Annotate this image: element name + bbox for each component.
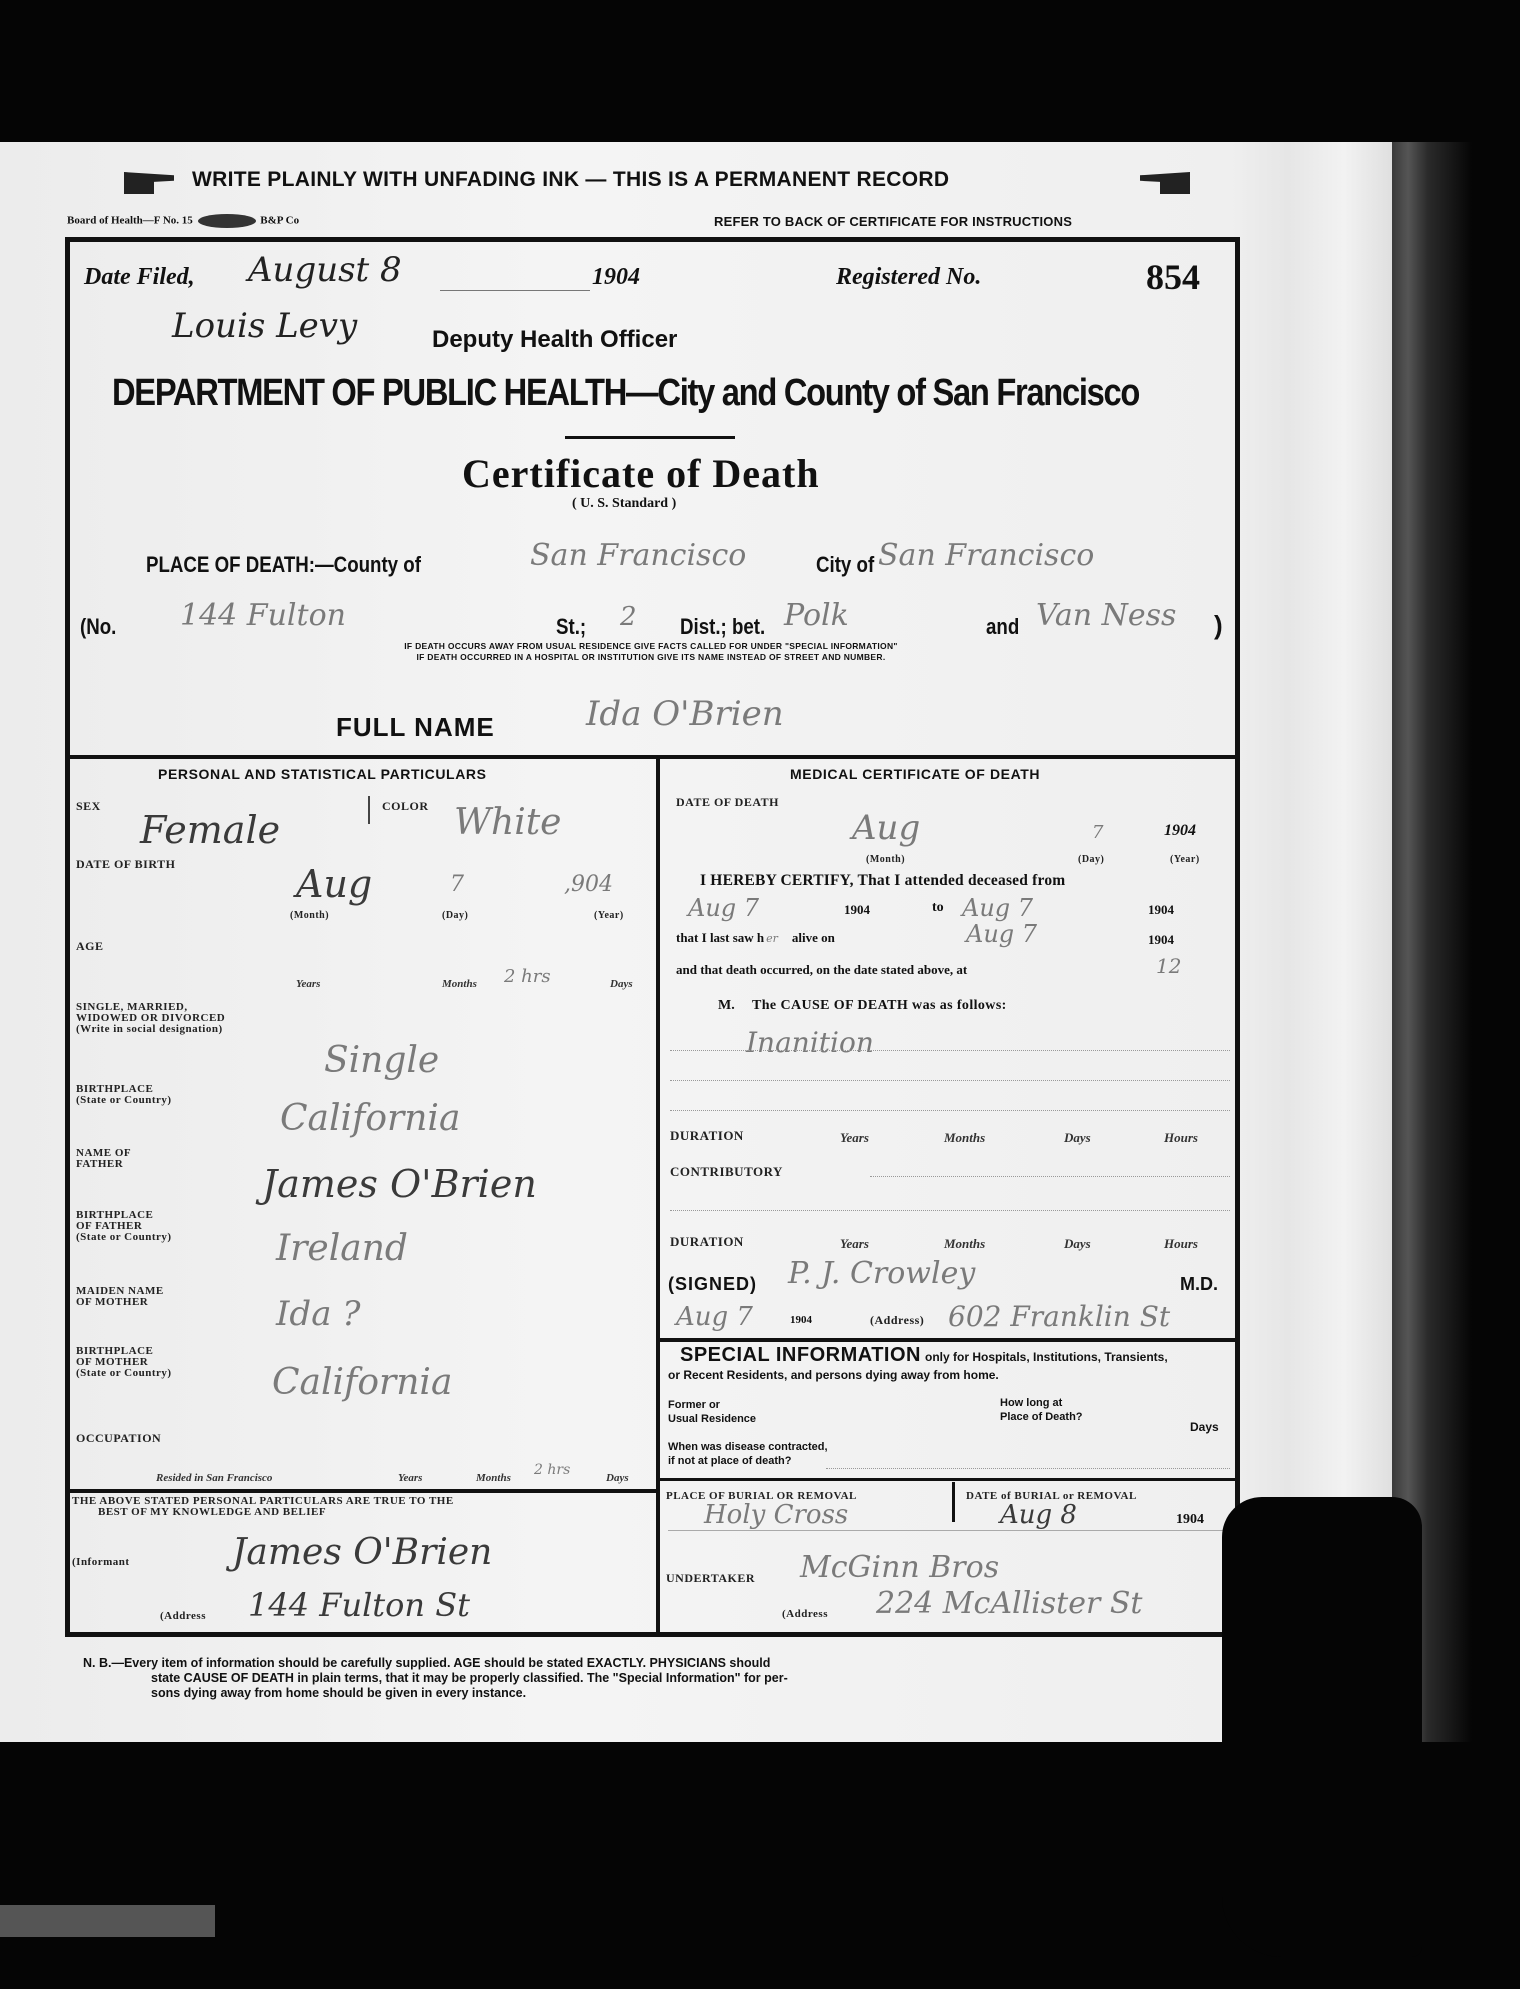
department-title: DEPARTMENT OF PUBLIC HEALTH—City and Cou… xyxy=(112,372,1139,415)
county-value: San Francisco xyxy=(530,538,746,573)
burial-place-value: Holy Cross xyxy=(704,1500,848,1530)
disease-contracted-label-1: When was disease contracted, xyxy=(668,1440,828,1454)
marital-label-3: (Write in social designation) xyxy=(76,1024,225,1035)
street-no-label: (No. xyxy=(80,614,116,640)
cause-time-suffix: M. xyxy=(718,998,735,1014)
undertaker-address-label: (Address xyxy=(782,1608,828,1620)
duration-years-2: Years xyxy=(840,1236,869,1252)
last-saw-year: 1904 xyxy=(1148,932,1174,948)
dod-day-caption: (Day) xyxy=(1078,854,1104,866)
officer-title: Deputy Health Officer xyxy=(432,326,677,354)
mother-name-value: Ida ? xyxy=(276,1294,361,1334)
special-info-divider xyxy=(660,1338,1238,1342)
dod-year-caption: (Year) xyxy=(1170,854,1200,866)
footnote-line-2: state CAUSE OF DEATH in plain terms, tha… xyxy=(83,1671,788,1686)
dob-year: ,904 xyxy=(564,872,613,897)
color-label: COLOR xyxy=(382,800,429,812)
residence-note-line-2: IF DEATH OCCURRED IN A HOSPITAL OR INSTI… xyxy=(216,652,1086,663)
color-value: White xyxy=(454,802,561,843)
father-birthplace-value: Ireland xyxy=(276,1228,408,1269)
alive-on-text: alive on xyxy=(792,930,835,945)
thumb-shadow xyxy=(1222,1497,1422,1957)
disease-contracted-label-2: if not at place of death? xyxy=(668,1454,828,1468)
place-of-death-label: PLACE OF DEATH:—County of xyxy=(146,552,421,578)
age-years-caption: Years xyxy=(296,978,320,990)
duration-hours-2: Hours xyxy=(1164,1236,1198,1252)
dob-day-caption: (Day) xyxy=(442,910,468,922)
former-residence-label: Former or Usual Residence xyxy=(668,1398,756,1426)
dob-day: 7 xyxy=(450,872,464,897)
age-days-caption: Days xyxy=(610,978,633,990)
special-info-title: SPECIAL INFORMATION xyxy=(680,1344,921,1366)
burial-column-divider xyxy=(952,1482,955,1522)
cause-line-2 xyxy=(670,1080,1230,1081)
informant-name: James O'Brien xyxy=(232,1532,492,1573)
undertaker-label: UNDERTAKER xyxy=(666,1572,755,1584)
mother-birthplace-value: California xyxy=(272,1362,452,1403)
former-residence-label-1: Former or xyxy=(668,1398,756,1412)
signed-date: Aug 7 xyxy=(676,1302,753,1332)
footnote-line-3: sons dying away from home should be give… xyxy=(83,1686,788,1701)
father-name-label-2: FATHER xyxy=(76,1159,131,1170)
how-long-label-1: How long at xyxy=(1000,1396,1083,1410)
special-info-heading: SPECIAL INFORMATION only for Hospitals, … xyxy=(680,1344,1168,1367)
instructions-note: REFER TO BACK OF CERTIFICATE FOR INSTRUC… xyxy=(714,214,1072,229)
how-long-days-label: Days xyxy=(1190,1420,1219,1434)
city-label: City of xyxy=(816,552,874,578)
district-value: 2 xyxy=(620,602,637,632)
contributory-line xyxy=(870,1176,1230,1177)
resided-days-caption: Days xyxy=(606,1472,629,1484)
signed-year: 1904 xyxy=(790,1314,812,1326)
burial-date-value: Aug 8 xyxy=(1000,1500,1077,1530)
background-strip xyxy=(0,1905,215,1937)
how-long-label-2: Place of Death? xyxy=(1000,1410,1083,1424)
father-birthplace-label-3: (State or Country) xyxy=(76,1232,172,1243)
certificate-title: Certificate of Death xyxy=(462,450,820,497)
certify-text: I HEREBY CERTIFY, That I attended deceas… xyxy=(700,872,1065,890)
title-rule xyxy=(565,436,735,439)
disease-contracted-label: When was disease contracted, if not at p… xyxy=(668,1440,828,1468)
marital-label: SINGLE, MARRIED, WIDOWED OR DIVORCED (Wr… xyxy=(76,1002,225,1035)
date-filed-label: Date Filed, xyxy=(84,264,195,291)
cause-line-1 xyxy=(670,1050,1230,1051)
duration-years-1: Years xyxy=(840,1130,869,1146)
attestation-line-2: BEST OF MY KNOWLEDGE AND BELIEF xyxy=(72,1507,454,1518)
former-residence-label-2: Usual Residence xyxy=(668,1412,756,1426)
mother-name-label: MAIDEN NAME OF MOTHER xyxy=(76,1286,164,1308)
special-info-scope-line-2: or Recent Residents, and persons dying a… xyxy=(668,1368,999,1382)
dob-label: DATE OF BIRTH xyxy=(76,858,175,870)
mother-birthplace-label-3: (State or Country) xyxy=(76,1368,172,1379)
dod-month-caption: (Month) xyxy=(866,854,905,866)
dob-month: Aug xyxy=(296,862,372,906)
duration-months-2: Months xyxy=(944,1236,985,1252)
signed-label: (SIGNED) xyxy=(668,1274,757,1295)
last-saw-pronoun: er xyxy=(764,932,792,945)
how-long-label: How long at Place of Death? xyxy=(1000,1396,1083,1424)
date-filed-line xyxy=(440,290,590,291)
duration-days-2: Days xyxy=(1064,1236,1091,1252)
last-saw-text: that I last saw h xyxy=(676,930,764,945)
marital-value: Single xyxy=(324,1040,439,1081)
between-street-1: Polk xyxy=(784,598,849,633)
street-no-value: 144 Fulton xyxy=(180,598,346,633)
attended-to-year: 1904 xyxy=(1148,902,1174,918)
mother-birthplace-label: BIRTHPLACE OF MOTHER (State or Country) xyxy=(76,1346,172,1379)
informant-divider xyxy=(68,1489,656,1493)
birthplace-label: BIRTHPLACE (State or Country) xyxy=(76,1084,172,1106)
contributory-line-2 xyxy=(670,1210,1230,1211)
birthplace-label-2: (State or Country) xyxy=(76,1095,172,1106)
date-of-death-day: 7 xyxy=(1092,822,1103,843)
last-saw-date: Aug 7 xyxy=(966,920,1037,948)
attended-to: Aug 7 xyxy=(962,894,1033,922)
between-street-2: Van Ness xyxy=(1036,598,1176,633)
special-info-scope: only for Hospitals, Institutions, Transi… xyxy=(925,1350,1168,1364)
medical-heading: MEDICAL CERTIFICATE OF DEATH xyxy=(790,766,1040,782)
and-label: and xyxy=(986,614,1019,640)
birthplace-value: California xyxy=(280,1098,460,1139)
cause-of-death-value: Inanition xyxy=(746,1026,874,1059)
full-name-value: Ida O'Brien xyxy=(586,694,784,734)
district-between-label: Dist.; bet. xyxy=(680,614,765,640)
informant-label: (Informant xyxy=(72,1556,130,1568)
physician-address-label: (Address) xyxy=(870,1314,924,1326)
registered-label: Registered No. xyxy=(836,264,981,291)
footnote-line-1: N. B.—Every item of information should b… xyxy=(83,1656,788,1671)
undertaker-address: 224 McAllister St xyxy=(876,1586,1142,1621)
form-id: Board of Health—F No. 15 B&P Co xyxy=(67,214,299,228)
section-divider xyxy=(68,755,1238,759)
informant-address-label: (Address xyxy=(160,1610,206,1622)
date-of-death-label: DATE OF DEATH xyxy=(676,796,779,808)
banner-text: WRITE PLAINLY WITH UNFADING INK — THIS I… xyxy=(192,168,949,192)
form-frame xyxy=(65,237,1240,1637)
resided-days-value: 2 hrs xyxy=(534,1462,570,1478)
informant-attestation: THE ABOVE STATED PERSONAL PARTICULARS AR… xyxy=(72,1496,454,1518)
age-days-value: 2 hrs xyxy=(504,966,551,987)
personal-heading: PERSONAL AND STATISTICAL PARTICULARS xyxy=(158,766,487,782)
residence-note-line-1: IF DEATH OCCURS AWAY FROM USUAL RESIDENC… xyxy=(216,641,1086,652)
form-number: Board of Health—F No. 15 xyxy=(67,215,193,227)
burial-line xyxy=(668,1530,1228,1531)
sex-value: Female xyxy=(140,808,280,852)
age-months-caption: Months xyxy=(442,978,477,990)
duration-label-2: DURATION xyxy=(670,1236,744,1248)
city-value: San Francisco xyxy=(878,538,1094,573)
sex-label: SEX xyxy=(76,800,101,812)
time-of-death: 12 xyxy=(1156,954,1181,978)
close-paren: ) xyxy=(1214,610,1223,641)
death-occurred-text: and that death occurred, on the date sta… xyxy=(676,962,967,978)
printer-name: B&P Co xyxy=(260,215,299,227)
standard-subtitle: ( U. S. Standard ) xyxy=(572,496,676,512)
resided-months-caption: Months xyxy=(476,1472,511,1484)
burial-year: 1904 xyxy=(1176,1512,1204,1528)
attended-from-year: 1904 xyxy=(844,902,870,918)
physician-signature: P. J. Crowley xyxy=(788,1256,975,1291)
burial-divider xyxy=(660,1478,1238,1481)
dob-month-caption: (Month) xyxy=(290,910,329,922)
md-label: M.D. xyxy=(1180,1274,1218,1295)
cause-of-death-label: The CAUSE OF DEATH was as follows: xyxy=(752,998,1007,1014)
duration-hours-1: Hours xyxy=(1164,1130,1198,1146)
attended-to-label: to xyxy=(932,900,944,916)
registered-number: 854 xyxy=(1146,256,1200,298)
duration-months-1: Months xyxy=(944,1130,985,1146)
resided-years-caption: Years xyxy=(398,1472,422,1484)
cause-line-3 xyxy=(670,1110,1230,1111)
date-filed-value: August 8 xyxy=(248,250,402,290)
attended-from: Aug 7 xyxy=(688,894,759,922)
sex-color-divider xyxy=(368,796,370,824)
duration-label-1: DURATION xyxy=(670,1130,744,1142)
full-name-label: FULL NAME xyxy=(336,712,495,743)
date-of-death-year: 1904 xyxy=(1164,822,1196,840)
date-of-death-month: Aug xyxy=(852,808,920,848)
last-saw-label: that I last saw heralive on xyxy=(676,930,835,946)
printer-seal-icon xyxy=(198,214,256,228)
father-name-value: James O'Brien xyxy=(262,1162,537,1206)
undertaker-value: McGinn Bros xyxy=(800,1550,999,1585)
father-name-label: NAME OF FATHER xyxy=(76,1148,131,1170)
dob-year-caption: (Year) xyxy=(594,910,624,922)
contributory-label: CONTRIBUTORY xyxy=(670,1166,783,1178)
duration-days-1: Days xyxy=(1064,1130,1091,1146)
resided-label: Resided in San Francisco xyxy=(156,1472,272,1484)
date-filed-year: 1904 xyxy=(592,264,640,291)
residence-note: IF DEATH OCCURS AWAY FROM USUAL RESIDENC… xyxy=(216,641,1086,663)
age-label: AGE xyxy=(76,940,104,952)
occupation-label: OCCUPATION xyxy=(76,1432,161,1444)
physician-address: 602 Franklin St xyxy=(948,1300,1170,1333)
disease-contracted-line xyxy=(826,1468,1230,1469)
father-birthplace-label: BIRTHPLACE OF FATHER (State or Country) xyxy=(76,1210,172,1243)
street-label: St.; xyxy=(556,614,586,640)
footnote: N. B.—Every item of information should b… xyxy=(83,1656,788,1701)
officer-signature: Louis Levy xyxy=(172,306,357,346)
mother-name-label-2: OF MOTHER xyxy=(76,1297,164,1308)
informant-address: 144 Fulton St xyxy=(248,1586,470,1624)
column-divider xyxy=(656,759,660,1634)
